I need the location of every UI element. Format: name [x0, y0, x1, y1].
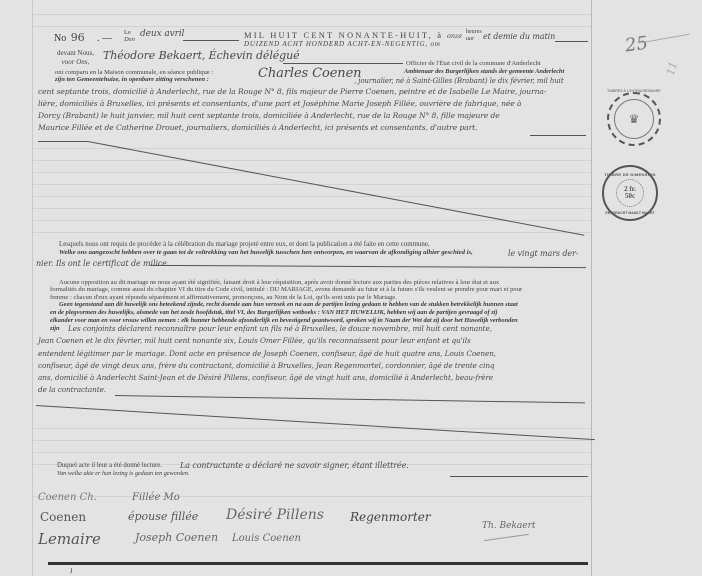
dimension-stamp-top-text: TIMBRE DE DIMENSION — [604, 172, 656, 177]
time-handwritten: et demie du matin — [483, 32, 555, 41]
signature-fillee-mo: Fillée Mo — [132, 492, 180, 503]
fiscal-stamp: ♛ — [607, 92, 661, 146]
signature-th-bekaert: Th. Bekaert — [482, 521, 536, 531]
opposition-line-zijn: zijn — [50, 325, 60, 332]
signature-flourish — [484, 534, 529, 541]
signature-desire-pillens: Désiré Pillens — [226, 507, 324, 523]
comparu-french: ont comparu en la Maison communale, en s… — [55, 69, 213, 76]
fiscal-stamp-text: TIMBRES À L'EXTRAORDINAIRE — [607, 89, 659, 93]
parties-line-0-tail: , journalier, né à Saint-Gilles (Brabant… — [354, 77, 564, 85]
verschenen-dutch: zijn ten Gemeentehuize, in openbare zitt… — [55, 76, 209, 83]
margin-flourish — [640, 34, 689, 44]
fill-line — [150, 265, 586, 268]
next-entry-fragment: ı — [70, 566, 72, 575]
fill-line — [183, 40, 239, 41]
publication-date-handwritten: le vingt mars der- — [508, 249, 578, 258]
officer-label-french: Officier de l'État civil de la commune d… — [406, 60, 541, 67]
ruled-line — [33, 452, 591, 453]
publication-french: Lesquels nous ont requis de procéder à l… — [59, 241, 430, 248]
bottom-thick-rule — [48, 562, 588, 565]
legitimation-line: Jean Coenen et le dix février, mil huit … — [38, 336, 471, 345]
ruled-line — [33, 208, 591, 209]
ruled-line — [33, 148, 591, 149]
opposition-line: femme : chacun d'eux ayant répondu sépar… — [50, 294, 397, 301]
year-dutch: DUIZEND ACHT HONDERD ACHT-EN-NEGENTIG, o… — [244, 40, 441, 48]
diagonal-cancel-line — [36, 405, 595, 440]
lion-emblem-icon: ♛ — [629, 112, 640, 126]
den-label: Den — [124, 36, 135, 43]
register-page: No 96 . — Le Den deux avril MIL HUIT CEN… — [0, 0, 702, 576]
ruled-line — [33, 160, 591, 161]
fill-line — [555, 41, 588, 42]
le-label: Le — [124, 29, 135, 36]
hour-handwritten: onze — [447, 32, 462, 40]
parties-line: cent septante trois, domicilié à Anderle… — [38, 87, 546, 96]
legitimation-line: entendent légitimer par le mariage. Dont… — [38, 349, 496, 358]
signature-joseph-coenen: Joseph Coenen — [135, 531, 218, 544]
legitimation-line: confiseur, âgé de vingt deux ans, frère … — [38, 361, 495, 370]
le-den-label: Le Den — [124, 29, 135, 43]
signature-coenen: Coenen — [40, 510, 86, 524]
reading-dutch: Van welke akte er hun lezing is gedaan t… — [57, 470, 189, 477]
fill-line — [530, 135, 586, 136]
publication-note-handwritten: nier. Ils ont le certificat de milice. — [36, 259, 169, 268]
legitimation-line: de la contractante. — [38, 385, 106, 394]
fill-line — [450, 476, 588, 477]
dimension-stamp-bottom-text: EENDRACHT MAAKT MACHT — [604, 211, 656, 215]
dimension-stamp-wreath: 2 fr. 50c — [616, 179, 644, 207]
publication-dutch: Welke ons aangezocht hebben over te gaan… — [59, 249, 473, 256]
opposition-line: formalités du mariage, comme aussi du ch… — [50, 286, 522, 293]
parties-line: Dorcy (Brabant) le huit janvier, mil hui… — [38, 111, 500, 120]
signature-lemaire: Lemaire — [38, 530, 101, 548]
officer-label-dutch: Ambtenaar des Burgerlijken stands der ge… — [404, 68, 564, 75]
signature-coenen-ch: Coenen Ch. — [38, 492, 97, 503]
ruled-line — [33, 172, 591, 173]
dimension-stamp: TIMBRE DE DIMENSION 2 fr. 50c EENDRACHT … — [602, 165, 658, 221]
margin-page-number: 25 — [624, 33, 650, 57]
dimension-stamp-value-cents: 50c — [625, 193, 635, 200]
date-handwritten: deux avril — [140, 29, 184, 39]
groom-name-handwritten: Charles Coenen — [258, 66, 361, 81]
year-french: MIL HUIT CENT NONANTE-HUIT, à — [244, 30, 443, 40]
legitimation-line: ans, domicilié à Anderlecht Saint-Jean e… — [38, 373, 493, 382]
fill-line — [283, 63, 403, 64]
uur-label: uur — [466, 36, 482, 43]
act-number-value: 96 — [71, 31, 85, 44]
heures-label: heures — [466, 29, 482, 36]
voor-ons: voor Ons, — [57, 58, 94, 67]
parties-line: Maurice Fillée et de Catherine Drouet, j… — [38, 123, 477, 132]
right-margin-rule — [591, 0, 592, 576]
ruled-line — [33, 232, 591, 233]
parties-line: lière, domiciliés à Bruxelles, ici prése… — [38, 99, 521, 108]
opposition-line: elkander voor man en voor vrouw willen n… — [50, 317, 518, 324]
ruled-line — [33, 26, 591, 27]
reading-handwritten: La contractante a déclaré ne savoir sign… — [180, 461, 409, 470]
signature-epouse-fillee: épouse fillée — [128, 510, 198, 523]
fiscal-stamp-inner: ♛ — [614, 99, 654, 139]
act-number: No 96 . — — [54, 31, 112, 44]
act-number-label: No — [54, 33, 66, 44]
ruled-line — [33, 14, 591, 15]
officer-handwritten: Théodore Bekaert, Échevin délégué — [103, 49, 300, 62]
reading-french: Duquel acte il leur a été donné lecture. — [57, 462, 162, 469]
ruled-line — [33, 440, 591, 441]
opposition-line: Aucune opposition au dit mariage ne nous… — [59, 279, 499, 286]
ruled-line — [33, 496, 591, 497]
heures-uur-label: heures uur — [466, 29, 482, 43]
signature-louis-coenen: Louis Coenen — [232, 533, 301, 544]
opposition-line: Geen tegenstand aan dit huwelijk ons bet… — [59, 301, 518, 308]
devant-nous: devant Nous, — [57, 49, 94, 58]
devant-nous-label: devant Nous, voor Ons, — [57, 49, 94, 67]
cancel-line — [38, 141, 88, 142]
ruled-line — [33, 196, 591, 197]
fill-line — [115, 395, 585, 403]
margin-note: 11 — [664, 60, 680, 77]
legitimation-line: Les conjoints déclarent reconnaître pour… — [68, 324, 492, 333]
left-margin-rule — [32, 0, 33, 576]
opposition-line: en de plegvormen des huwelijks, alsmede … — [50, 309, 497, 316]
signature-regenmorter: Regenmorter — [350, 510, 431, 524]
diagonal-cancel-line — [88, 141, 584, 236]
ruled-line — [33, 428, 591, 429]
